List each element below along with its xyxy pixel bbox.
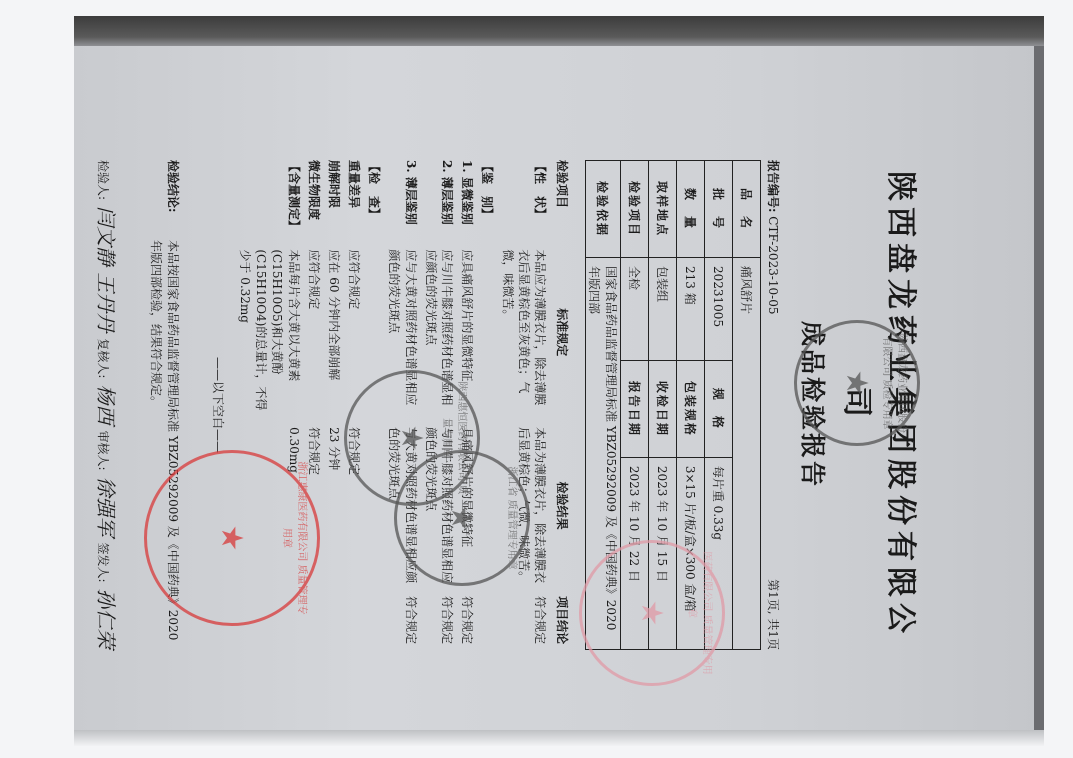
item-standard: 应符合规定 bbox=[304, 249, 324, 427]
label-received-date: 收检日期 bbox=[649, 360, 677, 457]
item-name: 【鉴 别】 bbox=[477, 160, 497, 249]
conclusion-label: 检验结论: bbox=[148, 160, 182, 240]
label-quantity: 数 量 bbox=[677, 161, 705, 258]
label-spec: 规 格 bbox=[705, 360, 733, 457]
item-conclusion bbox=[477, 596, 497, 650]
reviewer-signature: 杨西 bbox=[93, 384, 122, 424]
item-name: 1. 显微鉴别 bbox=[457, 160, 477, 249]
item-result: 23 分钟 bbox=[324, 427, 344, 596]
item-conclusion: 符合规定 bbox=[497, 596, 550, 650]
stamp-text: 浙江省 质量管理专用章 bbox=[403, 459, 521, 577]
value-quantity: 213 箱 bbox=[677, 258, 705, 361]
inspector-signature: 闫文静 王丹丹 bbox=[93, 206, 122, 332]
table-row: 崩解时限应在 60 分钟内全部崩解23 分钟 bbox=[324, 160, 344, 650]
issuer-signature: 孙仁荣 bbox=[93, 589, 122, 649]
scan-shadow-top bbox=[74, 16, 1044, 46]
page-info: 第1页, 共1页 bbox=[765, 579, 782, 650]
label-batch: 批 号 bbox=[705, 161, 733, 258]
value-batch: 20231005 bbox=[705, 258, 733, 361]
report-no-label: 报告编号: bbox=[766, 160, 780, 212]
item-name: 崩解时限 bbox=[324, 160, 344, 249]
value-sample-location: 包装组 bbox=[649, 258, 677, 361]
item-name: 【检 查】 bbox=[364, 160, 384, 249]
item-conclusion: 符合规定 bbox=[384, 596, 420, 650]
stamp-text: 浙江惠康医药有限公司 质量管理专用章 bbox=[153, 459, 311, 617]
label-sample-location: 取样地点 bbox=[649, 161, 677, 258]
signature-line: 检验人: 闫文静 王丹丹 复核人: 杨西 审核人: 徐强军 签发人: 孙仁荣 bbox=[93, 160, 122, 650]
reviewer-label: 复核人: bbox=[95, 338, 112, 378]
header-standard: 标准规定 bbox=[550, 249, 575, 427]
item-standard bbox=[477, 249, 497, 427]
item-standard: 本品每片含大黄以大黄素(C15H10O5)和大黄酚(C15H10O4)的总量计，… bbox=[235, 249, 304, 427]
report-no: CTF-2023-10-05 bbox=[766, 216, 780, 314]
item-standard: 应在 60 分钟内全部崩解 bbox=[324, 249, 344, 427]
table-row: 品 名 痛风舒片 bbox=[733, 161, 761, 650]
approver-signature: 徐强军 bbox=[93, 477, 122, 537]
report-page: 陕西盘龙药业集团股份有限公司 成品检验报告 报告编号: CTF-2023-10-… bbox=[100, 120, 960, 680]
stamp-text: 医药有限公司 质量管理专用章 bbox=[588, 549, 716, 677]
approver-label: 审核人: bbox=[95, 430, 112, 470]
stamp-text: 陕西盘龙药业集团股份有限公司 质检专用章 bbox=[803, 329, 911, 437]
report-meta: 报告编号: CTF-2023-10-05 第1页, 共1页 bbox=[765, 160, 782, 650]
label-test-basis: 检验依据 bbox=[586, 161, 621, 258]
item-conclusion: 符合规定 bbox=[457, 596, 477, 650]
item-name: 2. 薄层鉴别 bbox=[421, 160, 457, 249]
issuer-label: 签发人: bbox=[95, 543, 112, 583]
item-name: 3. 薄层鉴别 bbox=[384, 160, 420, 249]
item-standard: 本品应为薄膜衣片，除去薄膜衣后显黄棕色至灰黄色；气微，味微苦。 bbox=[497, 249, 550, 427]
red-stamp-bottom: ★ 浙江惠康医药有限公司 质量管理专用章 bbox=[144, 450, 320, 626]
item-name: 【性 状】 bbox=[497, 160, 550, 249]
value-test-items: 全检 bbox=[621, 258, 649, 361]
item-name: 【含量测定】 bbox=[235, 160, 304, 249]
gray-stamp-lower: ★ 浙江省 质量管理专用章 bbox=[394, 450, 530, 586]
item-name: 微生物限度 bbox=[304, 160, 324, 249]
header-item: 检验项目 bbox=[550, 160, 575, 249]
results-header: 检验项目 标准规定 检验结果 项目结论 bbox=[550, 160, 575, 650]
scan-shadow-right bbox=[1034, 46, 1044, 730]
item-conclusion bbox=[344, 596, 364, 650]
label-test-items: 检验项目 bbox=[621, 161, 649, 258]
qc-stamp: ★ 陕西盘龙药业集团股份有限公司 质检专用章 bbox=[794, 320, 920, 446]
item-conclusion: 符合规定 bbox=[421, 596, 457, 650]
label-report-date: 报告日期 bbox=[621, 360, 649, 457]
header-conclusion: 项目结论 bbox=[550, 596, 575, 650]
item-conclusion bbox=[324, 596, 344, 650]
item-conclusion bbox=[364, 596, 384, 650]
label-product: 品 名 bbox=[733, 161, 761, 258]
value-product: 痛风舒片 bbox=[733, 258, 761, 650]
item-name: 重量差异 bbox=[344, 160, 364, 249]
pink-stamp: ★ 医药有限公司 质量管理专用章 bbox=[579, 540, 725, 686]
inspector-label: 检验人: bbox=[95, 160, 112, 200]
label-packaging: 包装规格 bbox=[677, 360, 705, 457]
scan-shadow-bottom bbox=[74, 730, 1044, 746]
header-result: 检验结果 bbox=[550, 427, 575, 596]
